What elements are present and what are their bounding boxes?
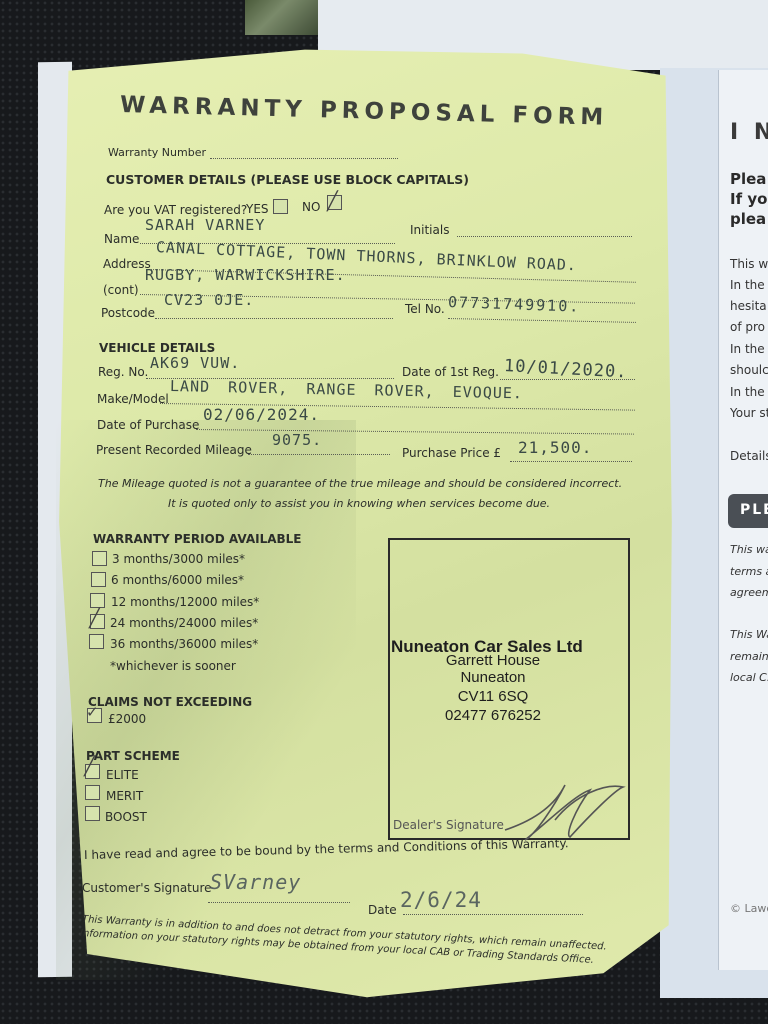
make-model-label: Make/Model — [97, 392, 169, 406]
right-bold-line: Plea — [730, 170, 766, 188]
name-label: Name — [104, 232, 139, 246]
price-value[interactable]: 21,500. — [518, 438, 592, 457]
reg-value[interactable]: AK69 VUW. — [150, 354, 240, 372]
vat-no-label: NO — [302, 200, 320, 214]
name-value[interactable]: SARAH VARNEY — [145, 216, 265, 234]
please-badge: PLE — [728, 494, 768, 528]
price-field-line — [510, 461, 632, 462]
slash-check-icon: ╱ — [89, 612, 100, 626]
part-merit-checkbox[interactable] — [85, 785, 100, 800]
date-field-line — [403, 914, 583, 915]
right-italic-line: This wa — [730, 543, 768, 556]
right-body-line: In the — [730, 385, 765, 399]
right-details-label: Details — [730, 449, 768, 463]
dealer-address1: Garrett House — [393, 652, 593, 669]
warranty-option-label: 36 months/36000 miles* — [110, 637, 258, 651]
warranty-option-label: 3 months/3000 miles* — [112, 552, 245, 566]
slash-check-icon: ╱ — [327, 195, 338, 209]
mileage-label: Present Recorded Mileage — [96, 443, 252, 457]
part-option-label: BOOST — [105, 810, 147, 824]
right-italic-line: This Wa — [730, 628, 768, 641]
initials-label: Initials — [410, 223, 449, 237]
warranty-footnote: *whichever is sooner — [110, 659, 236, 673]
right-italic-line: remain — [730, 650, 768, 663]
background-foliage — [245, 0, 320, 35]
right-italic-line: local C. — [730, 671, 768, 684]
vat-yes-checkbox[interactable] — [273, 199, 288, 214]
warranty-36-month-checkbox[interactable] — [89, 634, 104, 649]
right-italic-line: agreem — [730, 586, 768, 599]
first-reg-field-line — [500, 379, 635, 380]
address-cont-value[interactable]: RUGBY, WARWICKSHIRE. — [145, 266, 346, 284]
copyright-text: © Lawda — [730, 902, 768, 915]
part-option-label: MERIT — [106, 789, 143, 803]
warranty-option-label: 6 months/6000 miles* — [111, 573, 244, 587]
claims-heading: CLAIMS NOT EXCEEDING — [88, 695, 252, 709]
dealer-signature-scribble — [495, 775, 630, 845]
right-body-line: Your st — [730, 406, 768, 420]
first-reg-label: Date of 1st Reg. — [402, 365, 499, 379]
purchase-date-value[interactable]: 02/06/2024. — [203, 405, 320, 424]
right-body-line: In the — [730, 342, 765, 356]
warranty-3-month-checkbox[interactable] — [92, 551, 107, 566]
right-body-line: hesita — [730, 299, 767, 313]
mileage-field-line — [248, 454, 390, 455]
right-page-title: I N — [730, 120, 768, 145]
right-body-line: shoulc — [730, 363, 768, 377]
date-label: Date — [368, 903, 397, 917]
part-option-label: ELITE — [106, 768, 139, 782]
dealer-postcode: CV11 6SQ — [393, 688, 593, 705]
address-label: Address — [103, 257, 151, 271]
right-body-line: This w — [730, 257, 768, 271]
warranty-period-heading: WARRANTY PERIOD AVAILABLE — [93, 532, 302, 546]
part-scheme-heading: PART SCHEME — [86, 749, 180, 763]
price-label: Purchase Price £ — [402, 446, 501, 460]
customer-signature-label: Customer's Signature — [82, 881, 212, 895]
customer-details-heading: CUSTOMER DETAILS (PLEASE USE BLOCK CAPIT… — [106, 172, 469, 187]
purchase-date-label: Date of Purchase — [97, 418, 199, 432]
right-body-line: In the — [730, 278, 765, 292]
postcode-value[interactable]: CV23 0JE. — [164, 291, 254, 309]
address-cont-label: (cont) — [103, 283, 139, 297]
warranty-number-label: Warranty Number — [108, 146, 206, 159]
customer-signature-line — [208, 902, 350, 903]
right-bold-line: If yo — [730, 190, 767, 208]
dealer-signature-label: Dealer's Signature — [393, 818, 504, 832]
checkmark-icon: ✓ — [86, 705, 99, 719]
warranty-number-field[interactable] — [210, 158, 398, 159]
initials-field[interactable] — [457, 236, 632, 237]
slash-check-icon: ╱ — [84, 760, 95, 774]
postcode-field-line — [155, 318, 393, 319]
date-value[interactable]: 2/6/24 — [400, 888, 482, 912]
vat-question: Are you VAT registered? — [104, 203, 247, 217]
warranty-option-label: 12 months/12000 miles* — [111, 595, 259, 609]
warranty-12-month-checkbox[interactable] — [90, 593, 105, 608]
mileage-value[interactable]: 9075. — [272, 431, 322, 449]
mileage-disclaimer-line1: The Mileage quoted is not a guarantee of… — [98, 477, 622, 490]
part-boost-checkbox[interactable] — [85, 806, 100, 821]
right-italic-line: terms a — [730, 565, 768, 578]
mileage-disclaimer-line2: It is quoted only to assist you in knowi… — [168, 497, 550, 510]
customer-signature-value[interactable]: SVarney — [210, 870, 301, 894]
reg-label: Reg. No. — [98, 365, 148, 379]
right-bold-line: plea — [730, 210, 766, 228]
claims-option-label: £2000 — [108, 712, 146, 726]
warranty-6-month-checkbox[interactable] — [91, 572, 106, 587]
vat-yes-label: YES — [246, 202, 269, 216]
right-body-line: of pro — [730, 320, 765, 334]
tel-label: Tel No. — [405, 302, 445, 316]
warranty-option-label: 24 months/24000 miles* — [110, 616, 258, 630]
postcode-label: Postcode — [101, 306, 155, 320]
dealer-address2: Nuneaton — [393, 669, 593, 686]
dealer-phone: 02477 676252 — [393, 707, 593, 724]
vehicle-details-heading: VEHICLE DETAILS — [99, 341, 215, 355]
